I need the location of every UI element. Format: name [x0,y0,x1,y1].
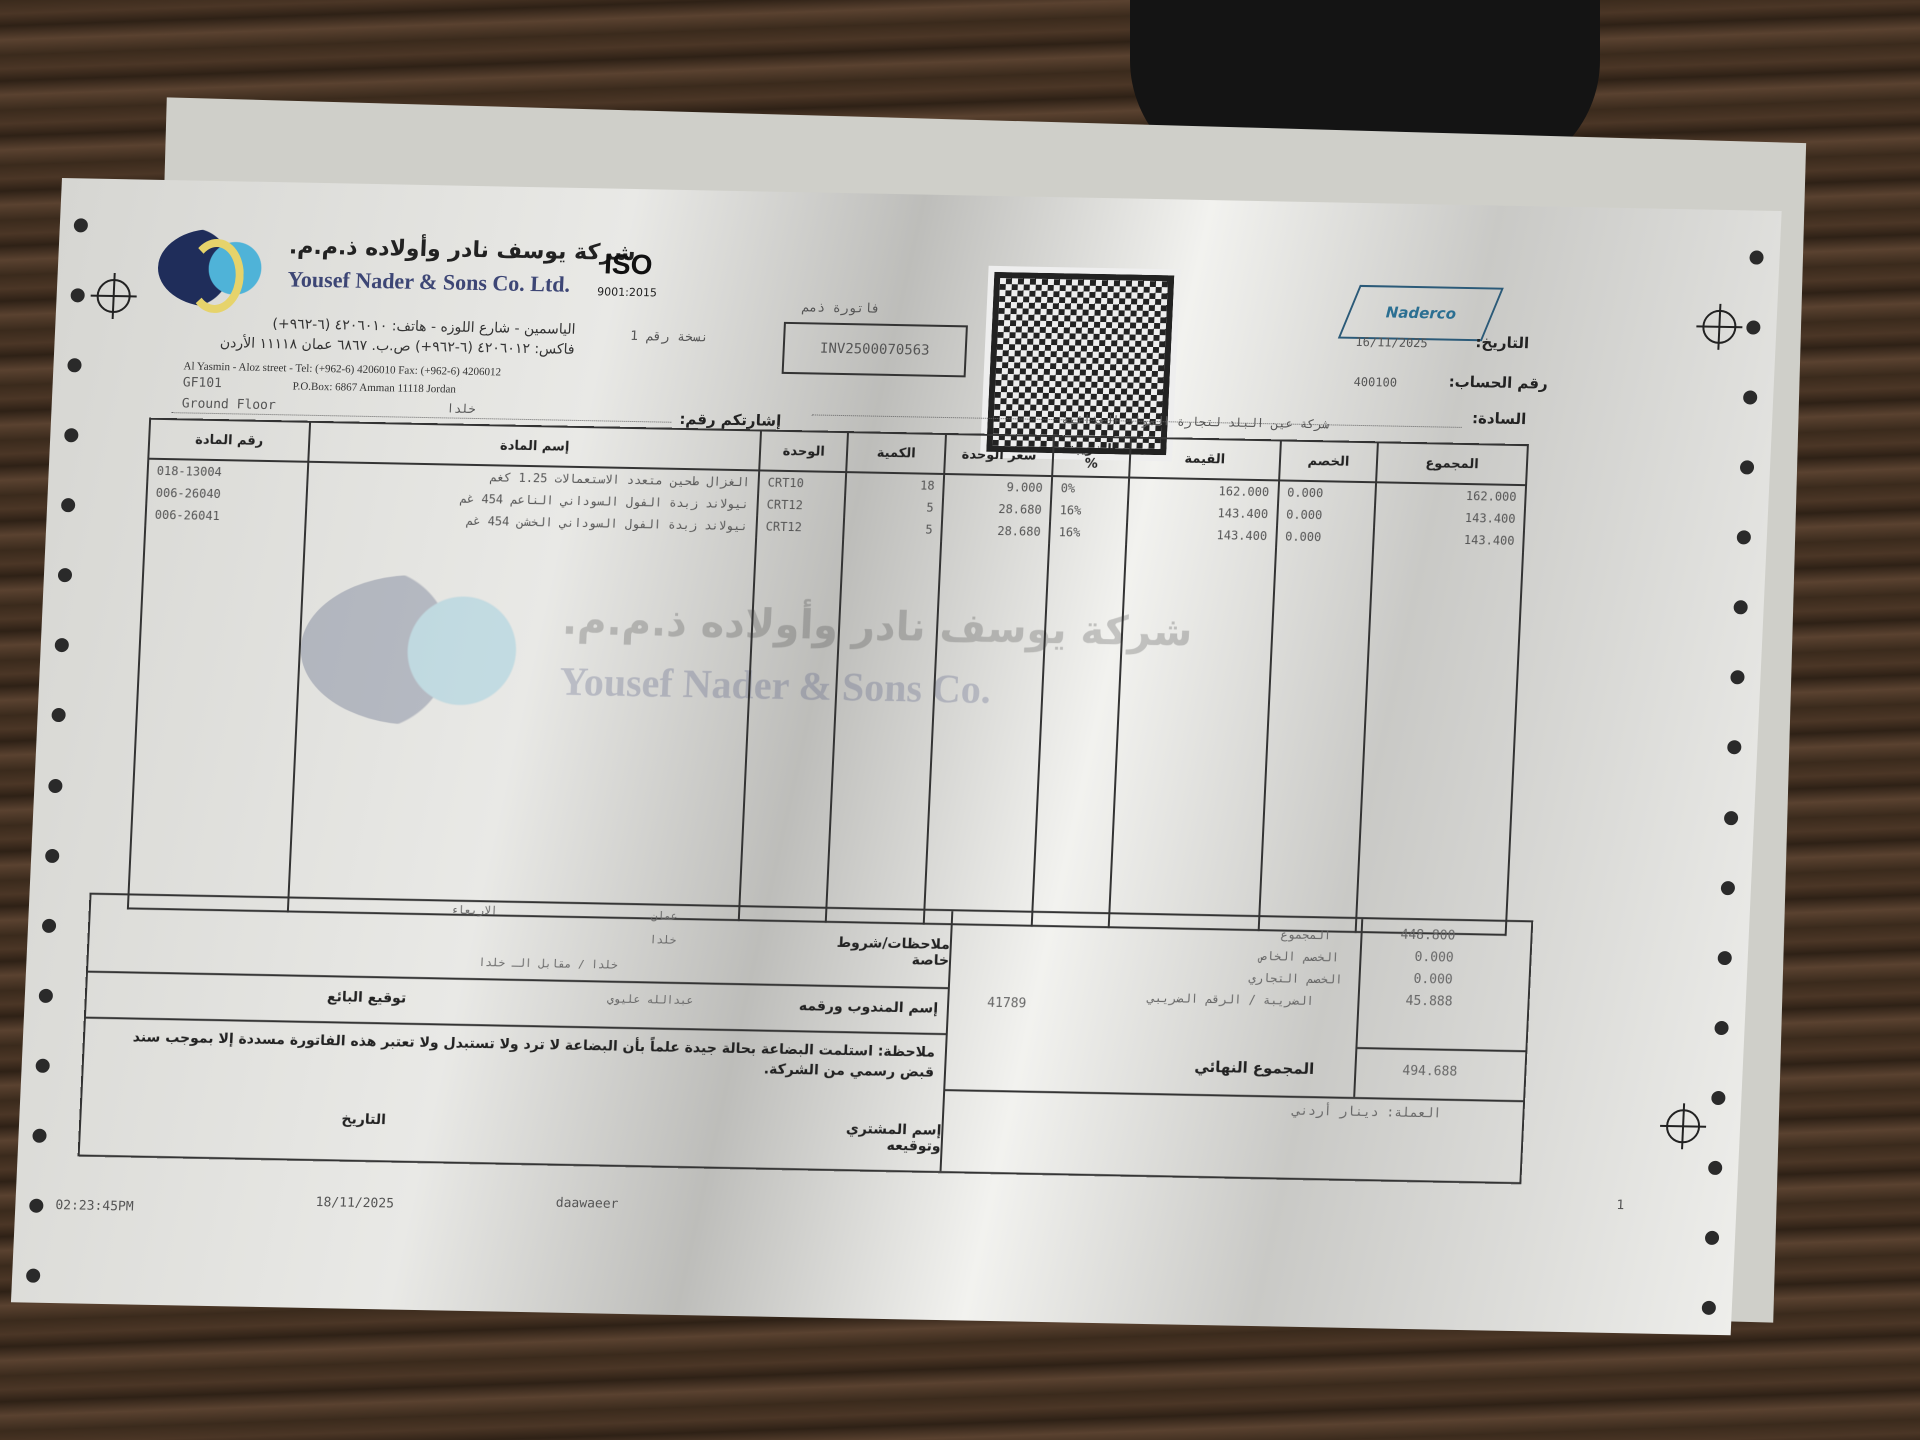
print-user: daawaeer [555,1196,618,1212]
cell-item-no: 018-13004 [147,459,308,485]
notes-area: خلدا [650,933,677,946]
grand-total-value: 494.688 [1402,1064,1457,1080]
divider [88,971,948,990]
col-tax: الضريبة % [1052,436,1131,477]
divider [1355,1047,1525,1052]
empty-cell [826,539,941,924]
customer-code: GF101 [182,375,222,391]
tax-label: الضريبة / الرقم الضريبي [1147,991,1314,1008]
registration-mark-icon [1702,310,1738,345]
table-filler-row [128,526,1523,935]
cell-tax: 16% [1050,499,1128,522]
customer-area: خلدا [446,401,476,416]
special-discount-value: 0.000 [1414,950,1454,966]
notes-day: الاربعاء [451,904,498,918]
iso-cert: 9001:2015 [597,285,657,299]
col-unit: الوحدة [759,430,848,472]
cell-total: 143.400 [1373,527,1524,552]
col-qty: الكمية [847,432,946,474]
cell-unit: CRT10 [758,470,846,495]
cell-discount: 0.000 [1278,480,1377,505]
reference-label: إشارتكم رقم: [679,410,782,430]
date-label: التاريخ: [1475,333,1529,352]
disclaimer-note: ملاحظة: استلمت البضاعة بحالة جيدة علماً … [94,1027,936,1083]
cell-discount: 0.000 [1276,525,1375,549]
iso-badge: ISO 9001:2015 [597,248,659,300]
company-name-ar: شركة يوسف نادر وأولاده ذ.م.م. [288,234,636,266]
customer-label: السادة: [1472,409,1527,428]
divider [1353,1047,1357,1097]
cell-unit-price: 28.680 [941,519,1050,543]
print-time: 02:23:45PM [55,1198,134,1214]
tax-number: 41789 [987,996,1027,1012]
customer-floor: Ground Floor [181,396,276,413]
cell-value: 143.400 [1126,523,1277,548]
company-name-en: Yousef Nader & Sons Co. Ltd. [287,266,571,297]
cell-total: 143.400 [1374,505,1525,530]
items-table: رقم المادة إسم المادة الوحدة الكمية سعر … [127,418,1529,936]
cell-tax: 0% [1051,476,1129,500]
cell-value: 143.400 [1127,501,1278,526]
cell-qty: 18 [845,472,944,497]
special-discount-label: الخصم الخاص [1259,949,1339,965]
grand-total-label: المجموع النهائي [1194,1058,1315,1078]
empty-cell [1258,547,1373,932]
print-date: 18/11/2025 [315,1195,394,1211]
empty-cell [924,541,1049,926]
notes-city: عمان [651,909,678,922]
cell-unit-price: 9.000 [943,474,1052,499]
divider [943,1089,1523,1102]
buyer-signature-label: إسم المشتري وتوقيعه [790,1120,941,1155]
col-unit-price: سعر الوحدة [944,434,1054,476]
company-address-en: Al Yasmin - Aloz street - Tel: (+962-6) … [183,360,501,378]
cell-unit-price: 28.680 [942,497,1051,521]
subtotal-label: المجموع [1280,928,1331,943]
invoice-type: فاتورة ذمم [801,300,880,316]
bottom-section: عمان الاربعاء ملاحظات/شروط خاصة خلدا خلد… [78,893,1534,1185]
cell-qty: 5 [844,495,943,519]
cell-unit: CRT12 [757,493,845,517]
col-item-no: رقم المادة [148,419,310,462]
company-address-ar: الياسمين - شارع اللوزه - هاتف: ٤٢٠٦٠١٠ (… [154,312,576,360]
seller-signature-label: توقيع البائع [327,989,407,1007]
cell-value: 162.000 [1128,478,1279,504]
cell-item-no: 006-26041 [145,504,306,529]
trade-discount-label: الخصم التجاري [1248,971,1343,987]
col-value: القيمة [1129,438,1280,481]
registration-mark-icon [1665,1109,1701,1144]
col-discount: الخصم [1279,440,1378,482]
page-number: 1 [1616,1198,1625,1213]
empty-cell [288,529,756,920]
invoice-sheet: شركة يوسف نادر وأولاده ذ.م.م. Yousef Nad… [11,178,1782,1335]
divider [1355,919,1363,1049]
notes-panel: عمان الاربعاء ملاحظات/شروط خاصة خلدا خلد… [80,895,954,1171]
notes-label: ملاحظات/شروط خاصة [801,934,950,969]
cell-item-no: 006-26040 [146,482,307,507]
empty-cell [128,526,305,912]
iso-label: ISO [598,248,659,281]
company-po-box: P.O.Box: 6867 Amman 11118 Jordan [292,380,456,395]
currency: العملة: دينار أردني [1292,1104,1441,1122]
col-total: المجموع [1376,442,1528,485]
cell-total: 162.000 [1375,482,1526,508]
qr-code [980,266,1181,462]
account-label: رقم الحساب: [1448,373,1548,393]
rep-name: عبدالله عليوي [607,993,694,1008]
registration-mark-icon [96,279,132,314]
cell-qty: 5 [843,517,942,541]
copy-number: نسخة رقم 1 [630,329,709,345]
invoice-date: 16/11/2025 [1355,335,1428,350]
cell-discount: 0.000 [1277,503,1376,527]
tax-value: 45.888 [1405,994,1453,1010]
signature-date-label: التاريخ [341,1112,386,1129]
empty-cell [1356,549,1523,935]
trade-discount-value: 0.000 [1413,972,1453,988]
rep-label: إسم المندوب ورقمه [799,998,939,1017]
invoice-number: INV2500070563 [782,322,968,377]
company-logo [156,228,270,308]
subtotal-value: 448.800 [1400,928,1455,944]
notes-detail: خلدا / مقابل الـ خلدا [478,956,618,972]
account-number: 400100 [1353,375,1397,390]
brand-name: Naderco [1385,303,1456,322]
cell-tax: 16% [1049,521,1127,544]
cell-unit: CRT12 [756,515,844,539]
empty-cell [1109,544,1276,930]
